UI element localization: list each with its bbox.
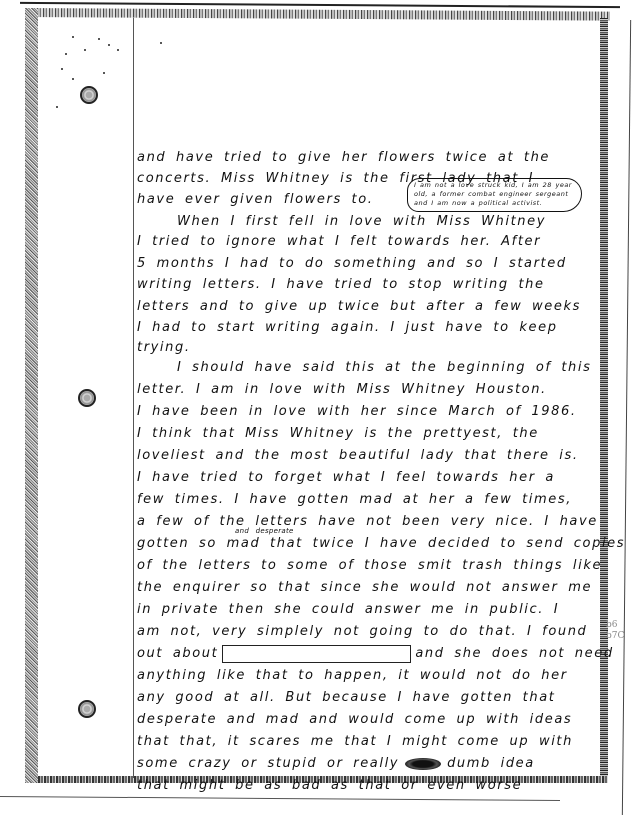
letter-line: writing letters. I have tried to stop wr… — [137, 275, 545, 295]
letter-line: loveliest and the most beautiful lady th… — [137, 446, 579, 466]
scan-speck — [160, 42, 162, 44]
scan-border-right — [600, 18, 608, 783]
letter-line: I have tried to forget what I feel towar… — [137, 468, 555, 488]
letter-line: a few of the letters have not been very … — [137, 512, 598, 532]
letter-line: any good at all. But because I have gott… — [137, 688, 555, 708]
margin-line — [133, 18, 134, 778]
letter-text: some crazy or stupid or really — [137, 756, 399, 771]
scan-speck — [56, 106, 58, 108]
letter-text: out about — [137, 646, 218, 661]
redaction-exemption-codes: b6 b7C — [606, 620, 624, 642]
letter-line: that that, it scares me that I might com… — [137, 732, 573, 752]
letter-line: have ever given flowers to. — [137, 190, 374, 210]
binder-hole-icon — [78, 389, 96, 407]
letter-line: 5 months I had to do something and so I … — [137, 254, 567, 274]
scan-speck — [61, 68, 63, 70]
letter-line: am not, very simplely not going to do th… — [137, 622, 587, 642]
scan-speck — [103, 72, 105, 74]
letter-line: trying. — [137, 338, 191, 358]
letter-line: I have been in love with her since March… — [137, 402, 577, 422]
page-top-edge — [20, 2, 620, 8]
scan-speck — [84, 49, 86, 51]
letter-line: and have tried to give her flowers twice… — [137, 148, 550, 168]
scan-border-left — [25, 8, 38, 783]
scan-border-top — [25, 8, 610, 21]
letter-line-scribbled: some crazy or stupid or reallydumb idea — [137, 754, 535, 774]
letter-line: letter. I am in love with Miss Whitney H… — [137, 380, 547, 400]
redaction-box — [222, 645, 411, 663]
circled-annotation: I am not a love struck kid, I am 28 year… — [407, 178, 582, 212]
letter-text: dumb idea — [447, 756, 535, 771]
binder-hole-icon — [78, 700, 96, 718]
page-bottom-edge — [0, 796, 560, 801]
letter-line-redacted: out aboutand she does not need — [137, 644, 614, 664]
letter-line: desperate and mad and would come up with… — [137, 710, 572, 730]
binder-hole-icon — [80, 86, 98, 104]
letter-line: I should have said this at the beginning… — [137, 358, 591, 378]
scribbled-out-word — [405, 758, 441, 770]
letter-line: letters and to give up twice but after a… — [137, 297, 581, 317]
letter-line: few times. I have gotten mad at her a fe… — [137, 490, 572, 510]
scan-speck — [65, 53, 67, 55]
letter-line: gotten so mad that twice I have decided … — [137, 534, 625, 554]
letter-line: of the letters to some of those smit tra… — [137, 556, 602, 576]
letter-text: and she does not need — [415, 646, 613, 661]
page-right-edge — [622, 20, 631, 815]
letter-line: I had to start writing again. I just hav… — [137, 318, 558, 338]
exemption-code: b7C — [606, 631, 624, 642]
letter-line: in private then she could answer me in p… — [137, 600, 559, 620]
circled-annotation-text: I am not a love struck kid, I am 28 year… — [414, 181, 572, 207]
scan-speck — [72, 36, 74, 38]
scan-speck — [72, 78, 74, 80]
scan-speck — [98, 38, 100, 40]
scan-speck — [117, 49, 119, 51]
letter-line: that might be as bad as that or even wor… — [137, 776, 522, 796]
exemption-code: b6 — [606, 620, 624, 631]
letter-line: the enquirer so that since she would not… — [137, 578, 592, 598]
letter-line: I think that Miss Whitney is the prettye… — [137, 424, 539, 444]
letter-line: anything like that to happen, it would n… — [137, 666, 568, 686]
letter-line: I tried to ignore what I felt towards he… — [137, 232, 541, 252]
scan-speck — [108, 44, 110, 46]
letter-line: When I first fell in love with Miss Whit… — [137, 212, 546, 232]
